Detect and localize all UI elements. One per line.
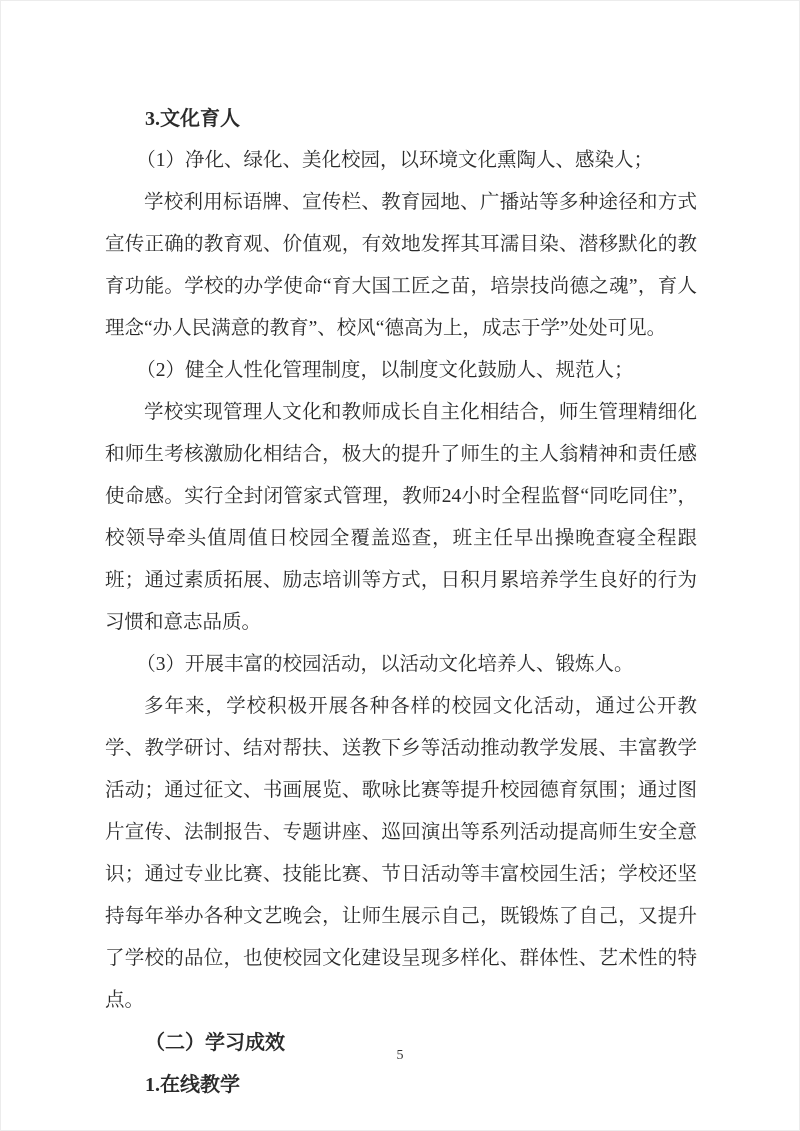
list-item-line: （3）开展丰富的校园活动，以活动文化培养人、锻炼人。	[105, 644, 697, 686]
list-item-line: （2）健全人性化管理制度，以制度文化鼓励人、规范人；	[105, 350, 697, 392]
paragraph: 学校利用标语牌、宣传栏、教育园地、广播站等多种途径和方式宣传正确的教育观、价值观…	[105, 182, 697, 350]
document-body: 3.文化育人（1）净化、绿化、美化校园，以环境文化熏陶人、感染人；学校利用标语牌…	[105, 98, 697, 1106]
paragraph: 学校实现管理人文化和教师成长自主化相结合，师生管理精细化和师生考核激励化相结合，…	[105, 392, 697, 644]
page-footer: 5	[1, 1046, 799, 1066]
section-heading: 1.在线教学	[105, 1064, 697, 1106]
paragraph: 多年来，学校积极开展各种各样的校园文化活动，通过公开教学、教学研讨、结对帮扶、送…	[105, 686, 697, 1022]
document-page: 3.文化育人（1）净化、绿化、美化校园，以环境文化熏陶人、感染人；学校利用标语牌…	[0, 0, 800, 1131]
section-heading: 3.文化育人	[105, 98, 697, 140]
page-number: 5	[397, 1048, 404, 1063]
list-item-line: （1）净化、绿化、美化校园，以环境文化熏陶人、感染人；	[105, 140, 697, 182]
